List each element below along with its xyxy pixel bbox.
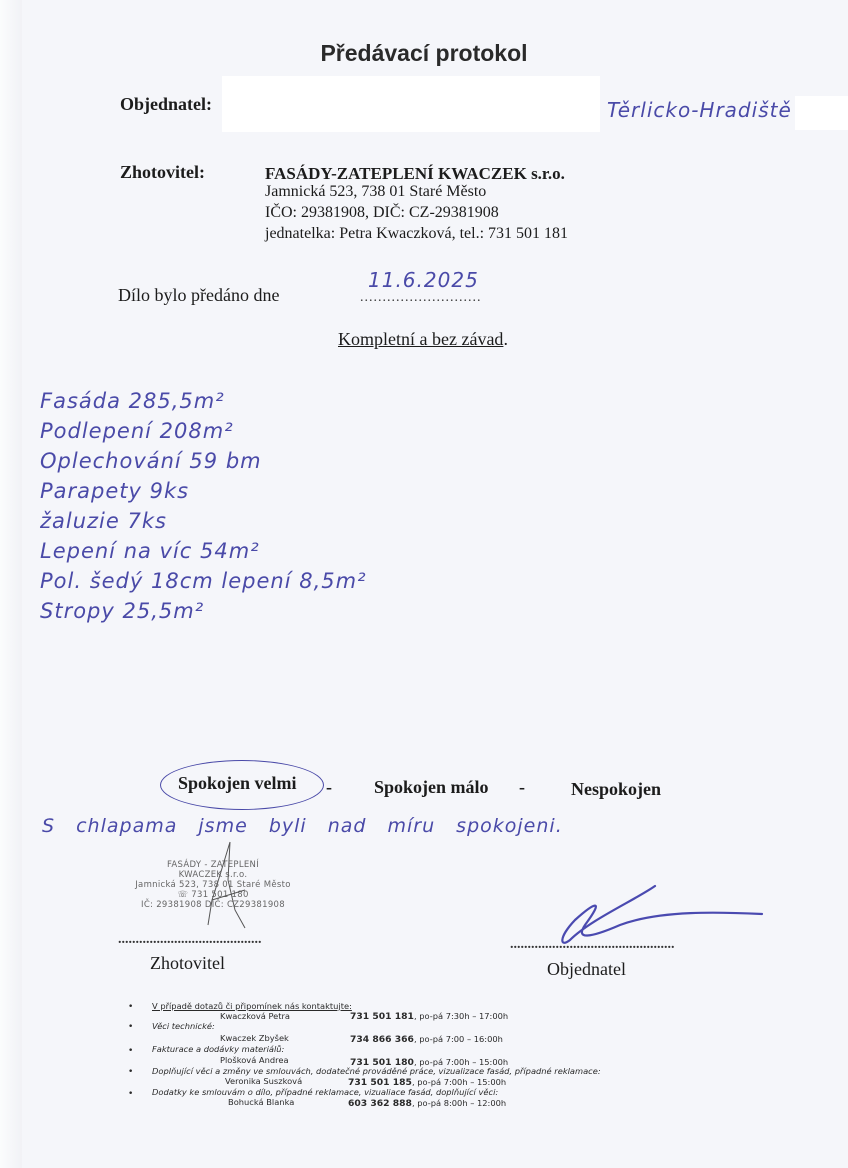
contractor-signature-label: Zhotovitel (150, 953, 225, 974)
client-signature-line: ........................................… (510, 937, 675, 953)
hours: , po-pá 7:00h – 15:00h (412, 1077, 506, 1087)
page-title: Předávací protokol (0, 40, 848, 67)
rating-little-satisfied: Spokojen málo (374, 777, 489, 798)
work-item: Pol. šedý 18cm lepení 8,5m² (40, 566, 367, 596)
contact-phone: 734 866 366, po-pá 7:00 – 16:00h (350, 1034, 503, 1045)
date-dots: ........................... (360, 290, 482, 306)
phone-number: 734 866 366 (350, 1034, 414, 1045)
contact-name: Bohucká Blanka (228, 1097, 294, 1107)
hours: , po-pá 8:00h – 12:00h (412, 1098, 506, 1108)
client-signature-label: Objednatel (547, 959, 626, 980)
zhotovitel-label: Zhotovitel: (120, 162, 205, 183)
hours: , po-pá 7:30h – 17:00h (414, 1011, 508, 1021)
work-item: Podlepení 208m² (40, 416, 367, 446)
rating-separator: - (326, 777, 332, 798)
work-item: Parapety 9ks (40, 476, 367, 506)
contact-name: Kwaczková Petra (220, 1011, 290, 1021)
work-item: Oplechování 59 bm (40, 446, 367, 476)
hours: , po-pá 7:00h – 15:00h (414, 1057, 508, 1067)
contact-heading: Dodatky ke smlouvám o dílo, případné rek… (152, 1087, 498, 1097)
scan-edge (0, 0, 22, 1168)
contact-heading: Fakturace a dodávky materiálů: (152, 1044, 284, 1054)
phone-number: 603 362 888 (348, 1098, 412, 1109)
satisfaction-comment: S chlapama jsme byli nad míru spokojeni. (42, 815, 563, 837)
rating-separator: - (519, 777, 525, 798)
contact-name: Plošková Andrea (220, 1055, 289, 1065)
work-items-list: Fasáda 285,5m² Podlepení 208m² Oplechová… (40, 386, 367, 626)
status-text: Kompletní a bez závad (338, 329, 503, 349)
phone-number: 731 501 180 (350, 1057, 414, 1068)
company-contact: jednatelka: Petra Kwaczková, tel.: 731 5… (265, 225, 568, 243)
rating-unsatisfied: Nespokojen (571, 779, 661, 800)
work-item: Lepení na víc 54m² (40, 536, 367, 566)
handover-status: Kompletní a bez závad. (338, 329, 508, 350)
objednatel-label: Objednatel: (120, 94, 212, 115)
footer-intro: V případě dotazů či připomínek nás konta… (152, 1001, 352, 1011)
contact-phone: 731 501 185, po-pá 7:00h – 15:00h (348, 1077, 506, 1088)
contractor-signature-line: ........................................… (118, 932, 262, 948)
phone-number: 731 501 185 (348, 1077, 412, 1088)
bullet: • (128, 1002, 133, 1012)
contact-phone: 603 362 888, po-pá 8:00h – 12:00h (348, 1098, 506, 1109)
redacted-address (795, 96, 848, 130)
company-name: FASÁDY-ZATEPLENÍ KWACZEK s.r.o. (265, 164, 565, 184)
work-item: žaluzie 7ks (40, 506, 367, 536)
redacted-name (222, 76, 600, 132)
bullet: • (128, 1022, 133, 1032)
bullet: • (128, 1067, 133, 1077)
contact-heading: Doplňující věci a změny ve smlouvách, do… (152, 1066, 601, 1076)
contact-phone: 731 501 180, po-pá 7:00h – 15:00h (350, 1057, 508, 1068)
handover-date: 11.6.2025 (368, 268, 479, 292)
contact-phone: 731 501 181, po-pá 7:30h – 17:00h (350, 1011, 508, 1022)
phone-number: 731 501 181 (350, 1011, 414, 1022)
contractor-signature-icon (190, 840, 260, 930)
company-ids: IČO: 29381908, DIČ: CZ-29381908 (265, 204, 499, 222)
contact-heading: Věci technické: (152, 1021, 215, 1031)
contact-name: Veronika Suszková (225, 1076, 302, 1086)
hours: , po-pá 7:00 – 16:00h (414, 1034, 503, 1044)
objednatel-location: Těrlicko-Hradiště (607, 98, 792, 122)
company-address: Jamnická 523, 738 01 Staré Město (265, 183, 486, 201)
handover-label: Dílo bylo předáno dne (118, 285, 279, 306)
bullet: • (128, 1089, 133, 1099)
work-item: Stropy 25,5m² (40, 596, 367, 626)
rating-very-satisfied: Spokojen velmi (178, 773, 297, 794)
status-suffix: . (503, 329, 508, 349)
work-item: Fasáda 285,5m² (40, 386, 367, 416)
bullet: • (128, 1046, 133, 1056)
contact-name: Kwaczek Zbyšek (220, 1033, 289, 1043)
